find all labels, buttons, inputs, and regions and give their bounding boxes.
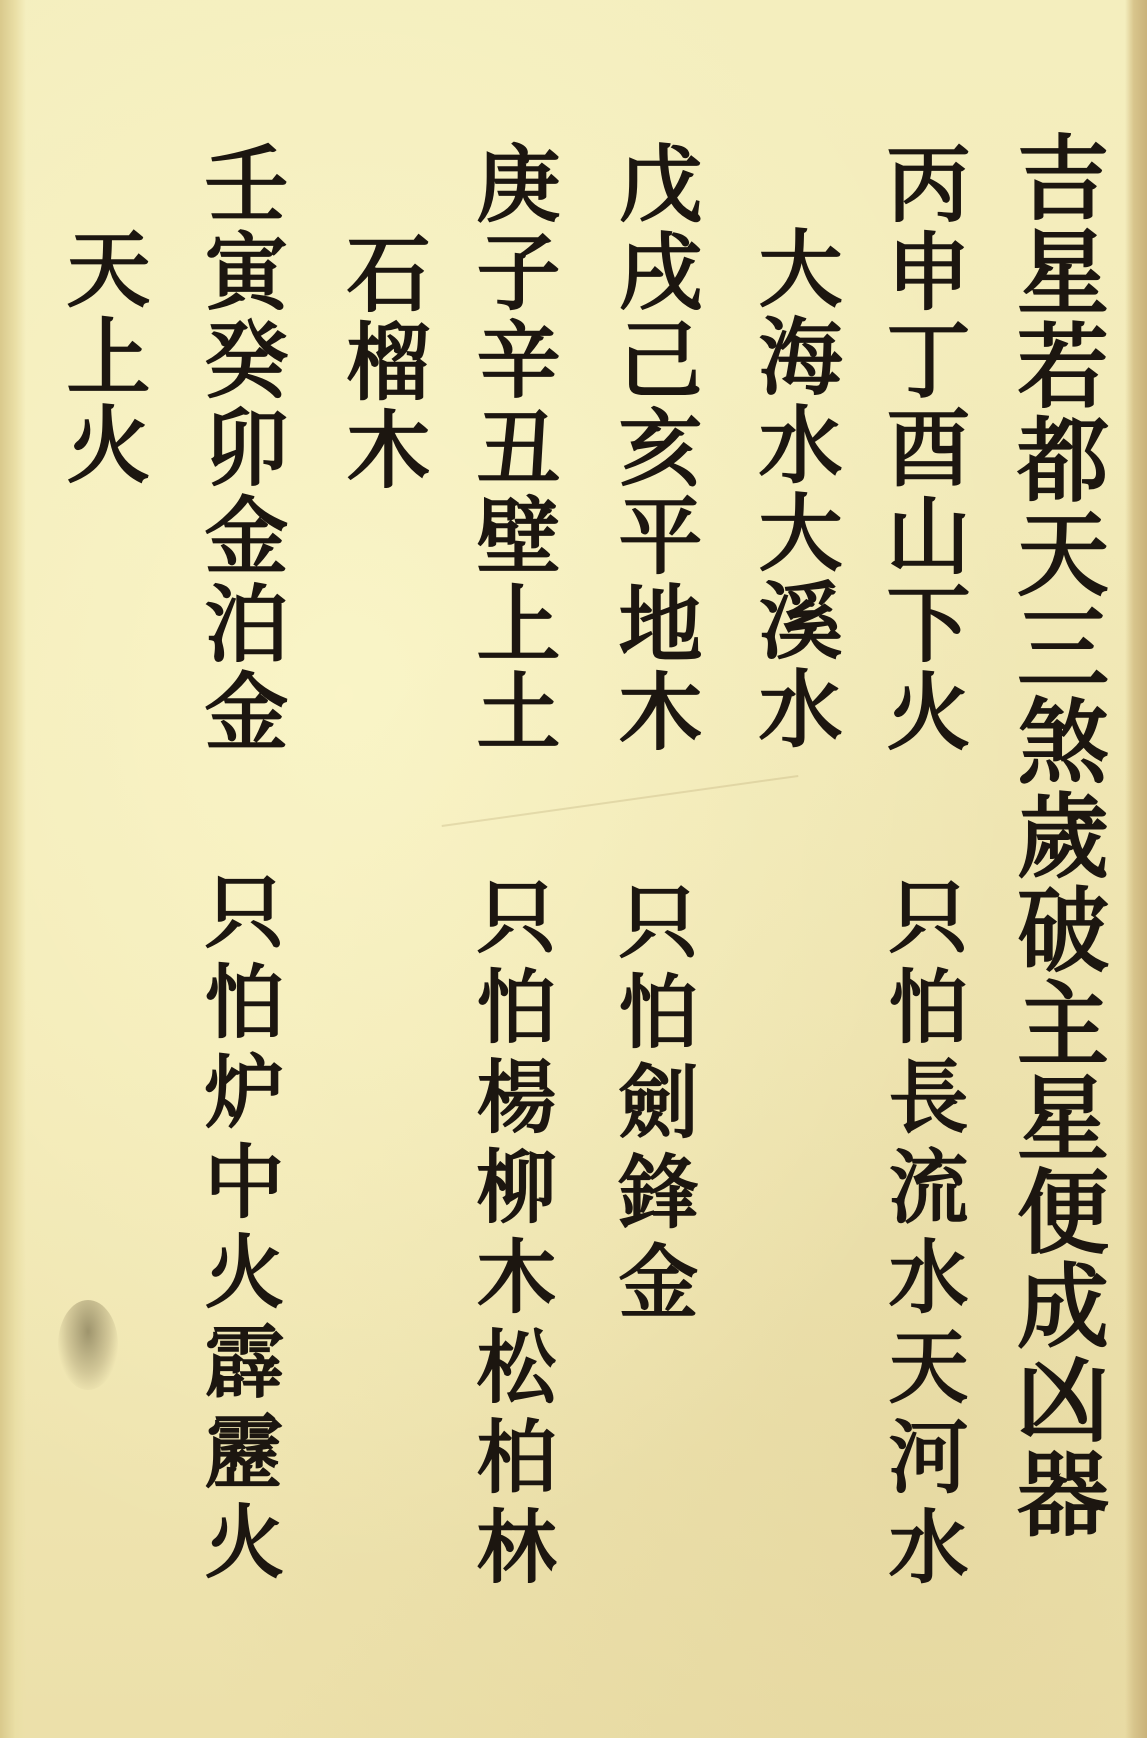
column-6-upper: 石榴木 (340, 230, 424, 494)
column-7-upper: 壬寅癸卯金泊金 (198, 140, 282, 756)
column-4-lower: 只怕劍鋒金 (612, 880, 692, 1330)
column-1-text: 吉星若都天三煞歲破主星便成凶器 (1010, 130, 1102, 1540)
column-2-upper: 丙申丁酉山下火 (880, 140, 964, 756)
column-7-lower: 只怕炉中火霹靂火 (198, 870, 278, 1590)
column-5-lower: 只怕楊柳木松柏林 (470, 875, 550, 1595)
page-left-edge (0, 0, 26, 1738)
column-2-lower: 只怕長流水天河水 (882, 875, 962, 1595)
paper-crease (442, 775, 799, 827)
column-8-upper: 天上火 (60, 225, 144, 489)
manuscript-page: 吉星若都天三煞歲破主星便成凶器 丙申丁酉山下火 只怕長流水天河水 大海水大溪水 … (0, 0, 1147, 1738)
column-5-upper: 庚子辛丑壁上土 (470, 140, 554, 756)
page-right-edge (1125, 0, 1147, 1738)
column-3-upper: 大海水大溪水 (752, 225, 836, 753)
ink-stain (58, 1300, 118, 1390)
column-4-upper: 戊戌己亥平地木 (612, 140, 696, 756)
